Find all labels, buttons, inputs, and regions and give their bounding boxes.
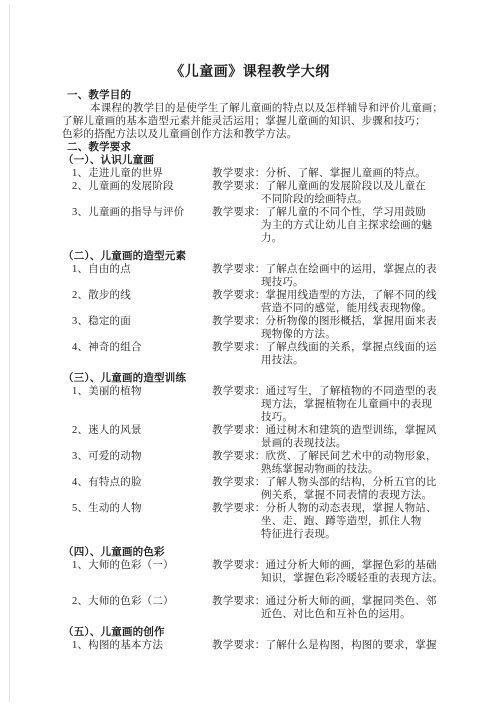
- outline-item: 2、儿童画的发展阶段 教学要求：了解儿童画的发展阶段以及儿童在 不同阶段的绘画特…: [72, 180, 438, 206]
- document-page: 《儿童画》课程教学大纲 一、教学目的 本课程的教学目的是使学生了解儿童画的特点以…: [0, 0, 500, 707]
- requirement-line: 教学要求：通过分析大师的画，掌握同类色、邻: [212, 595, 438, 608]
- requirement-line: 现技巧。: [212, 276, 438, 289]
- paragraph-line: 了解儿童画的基本造型元素并能灵活运用；掌握儿童画的知识、步骤和技巧；: [62, 115, 438, 128]
- requirement-line: 教学要求：了解儿童的不同个性，学习用鼓励: [212, 206, 438, 219]
- subsection-heading-5: （五）、儿童画的创作: [63, 626, 438, 639]
- paragraph-line: 本课程的教学目的是使学生了解儿童画的特点以及怎样辅导和评价儿童画；: [62, 102, 438, 115]
- item-requirement: 教学要求：通过树木和建筑的造型训练，掌握风 景画的表现技法。: [212, 424, 438, 450]
- item-requirement: 教学要求：欣赏、了解民间艺术中的动物形象， 熟练掌握动物画的技法。: [212, 450, 438, 476]
- requirement-line: 教学要求：通过树木和建筑的造型训练，掌握风: [212, 424, 438, 437]
- requirement-line: 营造不同的感觉，能用线表现物像。: [212, 302, 438, 315]
- outline-item: 2、散步的线 教学要求：掌握用线造型的方法，了解不同的线 营造不同的感觉，能用线…: [72, 289, 438, 315]
- item-label: 4、神奇的组合: [72, 341, 212, 367]
- requirement-line: 知识，掌握色彩冷暖轻重的表现方法。: [212, 572, 438, 585]
- requirement-line: 熟练掌握动物画的技法。: [212, 463, 438, 476]
- item-label: 1、美丽的植物: [72, 385, 212, 424]
- outline-item: 4、有特点的脸 教学要求：了解人物头部的结构，分析五官的比 例关系，掌握不同表情…: [72, 476, 438, 502]
- outline-item: 1、走进儿童的世界 教学要求：分析、了解、掌握儿童画的特点。: [72, 167, 438, 180]
- requirement-line: 技巧。: [212, 411, 438, 424]
- requirement-line: 教学要求：分析人物的动态表现，掌握人物站、: [212, 502, 438, 515]
- requirement-line: 现方法，掌握植物在儿童画中的表现: [212, 398, 438, 411]
- outline-item: 4、神奇的组合 教学要求：了解点线面的关系，掌握点线面的运 用技法。: [72, 341, 438, 367]
- requirement-line: 景画的表现技法。: [212, 437, 438, 450]
- item-requirement: 教学要求：通过分析大师的画，掌握同类色、邻 近色、对比色和互补色的运用。: [212, 595, 438, 621]
- outline-item: 1、构图的基本方法 教学要求：了解什么是构图，构图的要求，掌握: [72, 639, 438, 652]
- requirement-line: 用技法。: [212, 354, 438, 367]
- document-content: 《儿童画》课程教学大纲 一、教学目的 本课程的教学目的是使学生了解儿童画的特点以…: [62, 64, 438, 652]
- item-label: 1、自由的点: [72, 263, 212, 289]
- outline-item: 3、可爱的动物 教学要求：欣赏、了解民间艺术中的动物形象， 熟练掌握动物画的技法…: [72, 450, 438, 476]
- outline-item: 1、美丽的植物 教学要求：通过写生，了解植物的不同造型的表 现方法，掌握植物在儿…: [72, 385, 438, 424]
- requirement-line: 教学要求：欣赏、了解民间艺术中的动物形象，: [212, 450, 438, 463]
- subsection-heading-2: （二）、儿童画的造型元素: [63, 250, 438, 263]
- outline-item: 1、自由的点 教学要求：了解点在绘画中的运用，掌握点的表 现技巧。: [72, 263, 438, 289]
- item-label: 3、稳定的面: [72, 315, 212, 341]
- item-requirement: 教学要求：了解儿童画的发展阶段以及儿童在 不同阶段的绘画特点。: [212, 180, 438, 206]
- item-requirement: 教学要求：了解儿童的不同个性，学习用鼓励 为主的方式让幼儿自主探求绘画的魅 力。: [212, 206, 438, 245]
- requirement-line: 教学要求：了解点在绘画中的运用，掌握点的表: [212, 263, 438, 276]
- requirement-line: 教学要求：了解点线面的关系，掌握点线面的运: [212, 341, 438, 354]
- item-label: 5、生动的人物: [72, 502, 212, 541]
- requirement-line: 教学要求：分析、了解、掌握儿童画的特点。: [212, 167, 438, 180]
- item-label: 2、迷人的风景: [72, 424, 212, 450]
- item-label: 2、散步的线: [72, 289, 212, 315]
- item-requirement: 教学要求：了解人物头部的结构，分析五官的比 例关系，掌握不同表情的表现方法。: [212, 476, 438, 502]
- teaching-goal-paragraph: 本课程的教学目的是使学生了解儿童画的特点以及怎样辅导和评价儿童画； 了解儿童画的…: [62, 102, 438, 141]
- requirement-line: 教学要求：通过写生，了解植物的不同造型的表: [212, 385, 438, 398]
- item-requirement: 教学要求：分析物像的图形概括，掌握用面来表 现物像的方法。: [212, 315, 438, 341]
- heading-teaching-goal: 一、教学目的: [67, 89, 438, 102]
- outline-item: 2、迷人的风景 教学要求：通过树木和建筑的造型训练，掌握风 景画的表现技法。: [72, 424, 438, 450]
- outline-item: 1、大师的色彩（一） 教学要求：通过分析大师的画，掌握色彩的基础 知识，掌握色彩…: [72, 559, 438, 585]
- subsection-heading-3: （三）、儿童画的造型训练: [63, 372, 438, 385]
- outline-item: 2、大师的色彩（二） 教学要求：通过分析大师的画，掌握同类色、邻 近色、对比色和…: [72, 595, 438, 621]
- requirement-line: 不同阶段的绘画特点。: [212, 193, 438, 206]
- requirement-line: 教学要求：了解儿童画的发展阶段以及儿童在: [212, 180, 438, 193]
- item-requirement: 教学要求：分析、了解、掌握儿童画的特点。: [212, 167, 438, 180]
- item-requirement: 教学要求：通过分析大师的画，掌握色彩的基础 知识，掌握色彩冷暖轻重的表现方法。: [212, 559, 438, 585]
- item-requirement: 教学要求：掌握用线造型的方法，了解不同的线 营造不同的感觉，能用线表现物像。: [212, 289, 438, 315]
- item-label: 1、构图的基本方法: [72, 639, 212, 652]
- requirement-line: 教学要求：通过分析大师的画，掌握色彩的基础: [212, 559, 438, 572]
- item-label: 1、走进儿童的世界: [72, 167, 212, 180]
- requirement-line: 教学要求：掌握用线造型的方法，了解不同的线: [212, 289, 438, 302]
- item-label: 4、有特点的脸: [72, 476, 212, 502]
- requirement-line: 特征进行表现。: [212, 528, 438, 541]
- requirement-line: 近色、对比色和互补色的运用。: [212, 608, 438, 621]
- item-label: 2、儿童画的发展阶段: [72, 180, 212, 206]
- outline-item: 5、生动的人物 教学要求：分析人物的动态表现，掌握人物站、 坐、走、跑、蹲等造型…: [72, 502, 438, 541]
- item-requirement: 教学要求：了解点线面的关系，掌握点线面的运 用技法。: [212, 341, 438, 367]
- item-label: 1、大师的色彩（一）: [72, 559, 212, 585]
- item-requirement: 教学要求：了解什么是构图，构图的要求，掌握: [212, 639, 438, 652]
- item-label: 3、可爱的动物: [72, 450, 212, 476]
- outline-item: 3、儿童画的指导与评价 教学要求：了解儿童的不同个性，学习用鼓励 为主的方式让幼…: [72, 206, 438, 245]
- scan-artifact-line: [9, 4, 10, 702]
- requirement-line: 例关系，掌握不同表情的表现方法。: [212, 489, 438, 502]
- requirement-line: 力。: [212, 232, 438, 245]
- subsection-heading-4: （四）、儿童画的色彩: [63, 546, 438, 559]
- heading-teaching-requirements: 二、教学要求: [67, 141, 438, 154]
- requirement-line: 教学要求：分析物像的图形概括，掌握用面来表: [212, 315, 438, 328]
- requirement-line: 现物像的方法。: [212, 328, 438, 341]
- document-title: 《儿童画》课程教学大纲: [62, 64, 438, 82]
- subsection-heading-1: （一）、认识儿童画: [63, 154, 438, 167]
- item-label: 3、儿童画的指导与评价: [72, 206, 212, 245]
- paragraph-line: 色彩的搭配方法以及儿童画创作方法和教学方法。: [62, 128, 438, 141]
- item-label: 2、大师的色彩（二）: [72, 595, 212, 621]
- requirement-line: 为主的方式让幼儿自主探求绘画的魅: [212, 219, 438, 232]
- item-requirement: 教学要求：通过写生，了解植物的不同造型的表 现方法，掌握植物在儿童画中的表现 技…: [212, 385, 438, 424]
- item-requirement: 教学要求：了解点在绘画中的运用，掌握点的表 现技巧。: [212, 263, 438, 289]
- requirement-line: 坐、走、跑、蹲等造型，抓住人物: [212, 515, 438, 528]
- item-requirement: 教学要求：分析人物的动态表现，掌握人物站、 坐、走、跑、蹲等造型，抓住人物 特征…: [212, 502, 438, 541]
- requirement-line: 教学要求：了解人物头部的结构，分析五官的比: [212, 476, 438, 489]
- outline-item: 3、稳定的面 教学要求：分析物像的图形概括，掌握用面来表 现物像的方法。: [72, 315, 438, 341]
- requirement-line: 教学要求：了解什么是构图，构图的要求，掌握: [212, 639, 438, 652]
